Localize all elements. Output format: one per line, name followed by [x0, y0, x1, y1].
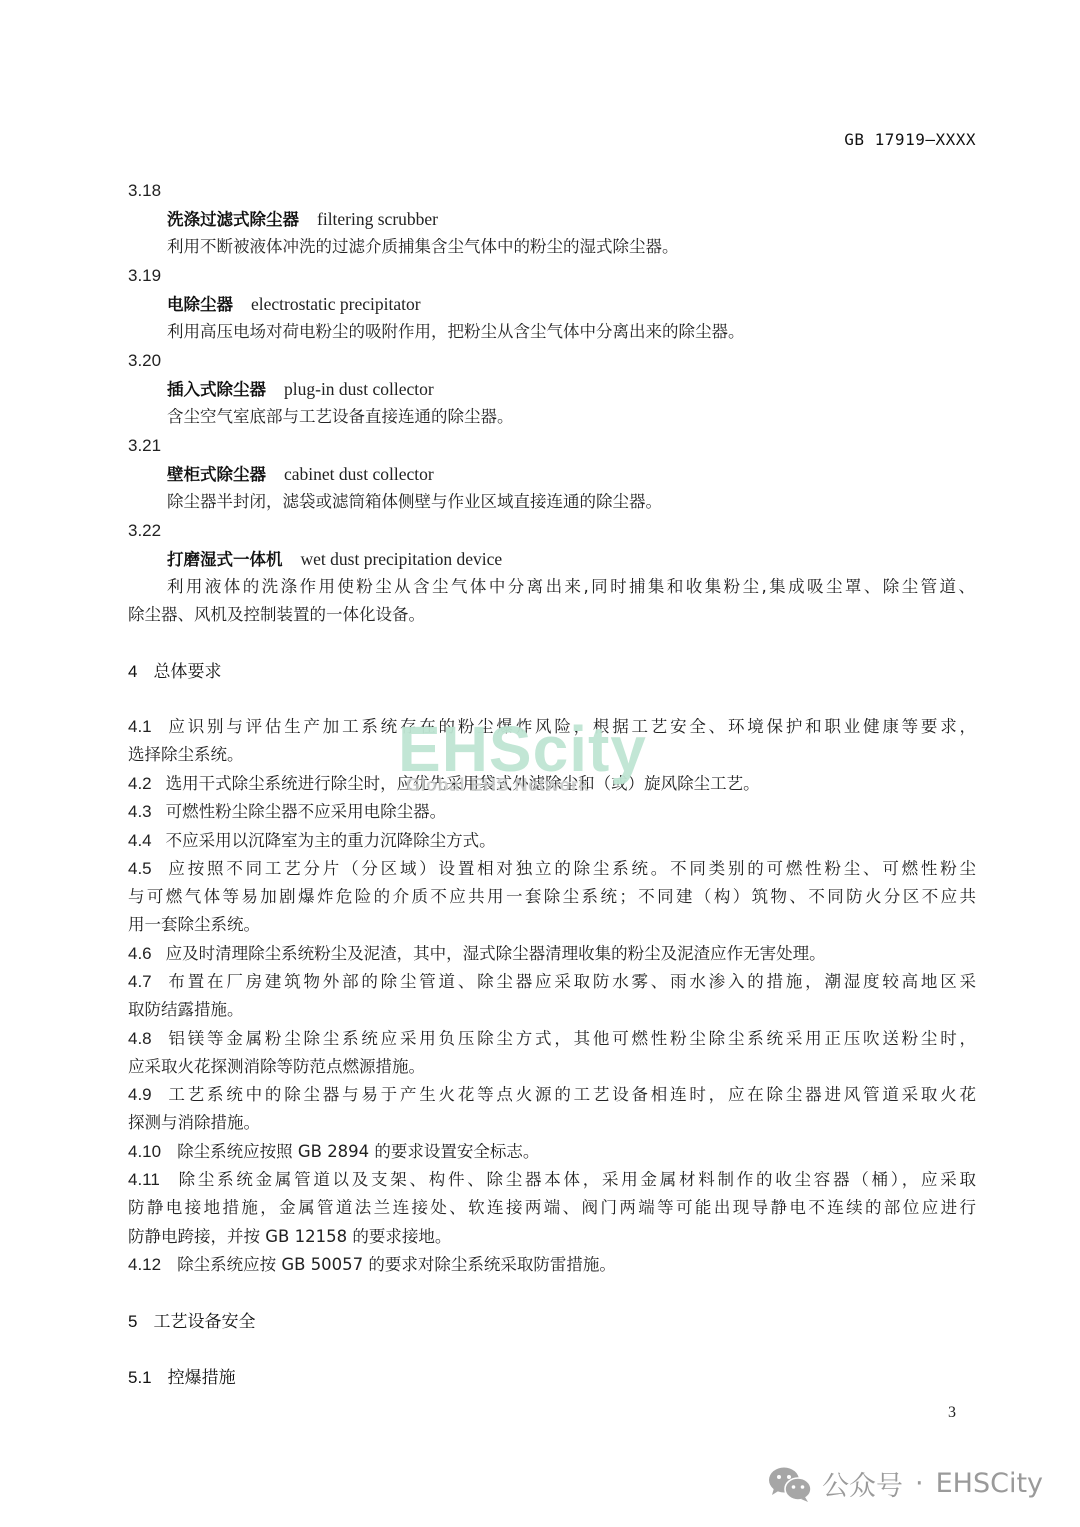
clause-text-cont: 防静电跨接，并按 GB 12158 的要求接地。 — [128, 1227, 451, 1247]
clause: 4.6应及时清理除尘系统粉尘及泥渣，其中，湿式除尘器清理收集的粉尘及泥渣应作无害… — [128, 944, 826, 964]
clause: 4.9工艺系统中的除尘器与易于产生火花等点火源的工艺设备相连时，应在除尘器进风管… — [128, 1085, 976, 1105]
clause: 4.12除尘系统应按 GB 50057 的要求对除尘系统采取防雷措施。 — [128, 1255, 616, 1275]
wechat-icon — [768, 1466, 812, 1502]
page-number: 3 — [948, 1404, 956, 1422]
clause-text: 除尘系统金属管道以及支架、构件、除尘器本体，采用金属材料制作的收尘容器（桶），应… — [176, 1170, 976, 1189]
term-chinese: 洗涤过滤式除尘器 — [167, 210, 299, 229]
account-name: EHSCity — [936, 1468, 1043, 1499]
term-definition-cont: 除尘器、风机及控制装置的一体化设备。 — [128, 605, 425, 625]
section-title: 总体要求 — [153, 662, 221, 682]
term-definition: 含尘空气室底部与工艺设备直接连通的除尘器。 — [167, 407, 514, 427]
clause-number: 4.4 — [128, 831, 152, 851]
clause-text: 可燃性粉尘除尘器不应采用电除尘器。 — [166, 802, 447, 821]
separator: · — [915, 1468, 924, 1499]
clause-text: 不应采用以沉降室为主的重力沉降除尘方式。 — [166, 831, 496, 850]
clause-text-cont: 选择除尘系统。 — [128, 745, 244, 765]
term-number: 3.21 — [128, 436, 161, 456]
subsection-heading: 5.1控爆措施 — [128, 1368, 236, 1388]
term-definition: 利用液体的洗涤作用使粉尘从含尘气体中分离出来,同时捕集和收集粉尘,集成吸尘罩、除… — [167, 577, 975, 597]
clause-number: 4.8 — [128, 1029, 152, 1049]
clause-text: 除尘系统应按照 GB 2894 的要求设置安全标志。 — [177, 1142, 539, 1161]
term-number: 3.22 — [128, 521, 161, 541]
clause-text: 应及时清理除尘系统粉尘及泥渣，其中，湿式除尘器清理收集的粉尘及泥渣应作无害处理。 — [166, 944, 826, 963]
section-number: 4 — [128, 662, 137, 681]
term-definition: 利用不断被液体冲洗的过滤介质捕集含尘气体中的粉尘的湿式除尘器。 — [167, 237, 679, 257]
term-english: cabinet dust collector — [284, 464, 434, 484]
term-chinese: 电除尘器 — [167, 295, 233, 314]
clause-text: 布置在厂房建筑物外部的除尘管道、除尘器应采取防水雾、雨水渗入的措施，潮湿度较高地… — [166, 972, 976, 991]
clause-text-cont: 与可燃气体等易加剧爆炸危险的介质不应共用一套除尘系统；不同建（构）筑物、不同防火… — [128, 887, 976, 907]
clause-text: 选用干式除尘系统进行除尘时，应优先采用袋式外滤除尘和（或）旋风除尘工艺。 — [166, 774, 760, 793]
term-title: 洗涤过滤式除尘器filtering scrubber — [167, 209, 438, 230]
section-heading: 4总体要求 — [128, 662, 221, 682]
section-heading: 5工艺设备安全 — [128, 1312, 255, 1332]
term-title: 打磨湿式一体机wet dust precipitation device — [167, 549, 502, 570]
clause-text-cont: 用一套除尘系统。 — [128, 915, 260, 935]
clause-text-cont: 探测与消除措施。 — [128, 1113, 260, 1133]
term-definition: 利用高压电场对荷电粉尘的吸附作用，把粉尘从含尘气体中分离出来的除尘器。 — [167, 322, 745, 342]
clause: 4.5应按照不同工艺分片（分区域）设置相对独立的除尘系统。不同类别的可燃性粉尘、… — [128, 859, 976, 879]
clause: 4.2选用干式除尘系统进行除尘时，应优先采用袋式外滤除尘和（或）旋风除尘工艺。 — [128, 774, 760, 794]
clause-number: 4.6 — [128, 944, 152, 964]
term-title: 电除尘器electrostatic precipitator — [167, 294, 421, 315]
standard-number: GB 17919—XXXX — [844, 130, 976, 149]
clause-number: 4.12 — [128, 1255, 161, 1275]
clause: 4.7布置在厂房建筑物外部的除尘管道、除尘器应采取防水雾、雨水渗入的措施，潮湿度… — [128, 972, 976, 992]
term-english: wet dust precipitation device — [301, 549, 503, 569]
subsection-title: 控爆措施 — [168, 1368, 236, 1388]
clause-text: 铝镁等金属粉尘除尘系统应采用负压除尘方式，其他可燃性粉尘除尘系统采用正压吹送粉尘… — [166, 1029, 976, 1048]
section-number: 5 — [128, 1312, 137, 1331]
term-number: 3.20 — [128, 351, 161, 371]
clause-text: 应按照不同工艺分片（分区域）设置相对独立的除尘系统。不同类别的可燃性粉尘、可燃性… — [166, 859, 976, 878]
subsection-number: 5.1 — [128, 1368, 152, 1387]
clause: 4.11除尘系统金属管道以及支架、构件、除尘器本体，采用金属材料制作的收尘容器（… — [128, 1170, 976, 1190]
clause-number: 4.10 — [128, 1142, 161, 1162]
clause-number: 4.11 — [128, 1170, 160, 1190]
clause-text: 应识别与评估生产加工系统存在的粉尘爆炸风险，根据工艺安全、环境保护和职业健康等要… — [166, 717, 976, 736]
clause-number: 4.1 — [128, 717, 152, 737]
term-english: electrostatic precipitator — [251, 294, 421, 314]
clause-text: 除尘系统应按 GB 50057 的要求对除尘系统采取防雷措施。 — [177, 1255, 616, 1274]
clause-text-cont: 防静电接地措施，金属管道法兰连接处、软连接两端、阀门两端等可能出现导静电不连续的… — [128, 1198, 976, 1218]
clause-text-cont: 应采取火花探测消除等防范点燃源措施。 — [128, 1057, 425, 1077]
clause-text: 工艺系统中的除尘器与易于产生火花等点火源的工艺设备相连时，应在除尘器进风管道采取… — [166, 1085, 976, 1104]
term-chinese: 插入式除尘器 — [167, 380, 266, 399]
term-english: filtering scrubber — [317, 209, 438, 229]
clause-number: 4.3 — [128, 802, 152, 822]
account-label: 公众号 — [822, 1464, 903, 1503]
clause-number: 4.2 — [128, 774, 152, 794]
term-title: 壁柜式除尘器cabinet dust collector — [167, 464, 434, 485]
term-number: 3.19 — [128, 266, 161, 286]
wechat-account-badge: 公众号 · EHSCity — [768, 1464, 1043, 1503]
term-chinese: 打磨湿式一体机 — [167, 550, 283, 569]
term-title: 插入式除尘器plug-in dust collector — [167, 379, 434, 400]
clause-number: 4.9 — [128, 1085, 152, 1105]
term-number: 3.18 — [128, 181, 161, 201]
document-page: GB 17919—XXXX 3.18 洗涤过滤式除尘器filtering scr… — [0, 0, 1080, 1527]
term-chinese: 壁柜式除尘器 — [167, 465, 266, 484]
clause: 4.3可燃性粉尘除尘器不应采用电除尘器。 — [128, 802, 446, 822]
clause-text-cont: 取防结露措施。 — [128, 1000, 244, 1020]
clause-number: 4.7 — [128, 972, 152, 992]
clause: 4.1应识别与评估生产加工系统存在的粉尘爆炸风险，根据工艺安全、环境保护和职业健… — [128, 717, 976, 737]
clause: 4.4不应采用以沉降室为主的重力沉降除尘方式。 — [128, 831, 496, 851]
clause: 4.10除尘系统应按照 GB 2894 的要求设置安全标志。 — [128, 1142, 539, 1162]
term-english: plug-in dust collector — [284, 379, 434, 399]
term-definition: 除尘器半封闭，滤袋或滤筒箱体侧壁与作业区域直接连通的除尘器。 — [167, 492, 662, 512]
clause: 4.8铝镁等金属粉尘除尘系统应采用负压除尘方式，其他可燃性粉尘除尘系统采用正压吹… — [128, 1029, 976, 1049]
section-title: 工艺设备安全 — [153, 1312, 255, 1332]
clause-number: 4.5 — [128, 859, 152, 879]
